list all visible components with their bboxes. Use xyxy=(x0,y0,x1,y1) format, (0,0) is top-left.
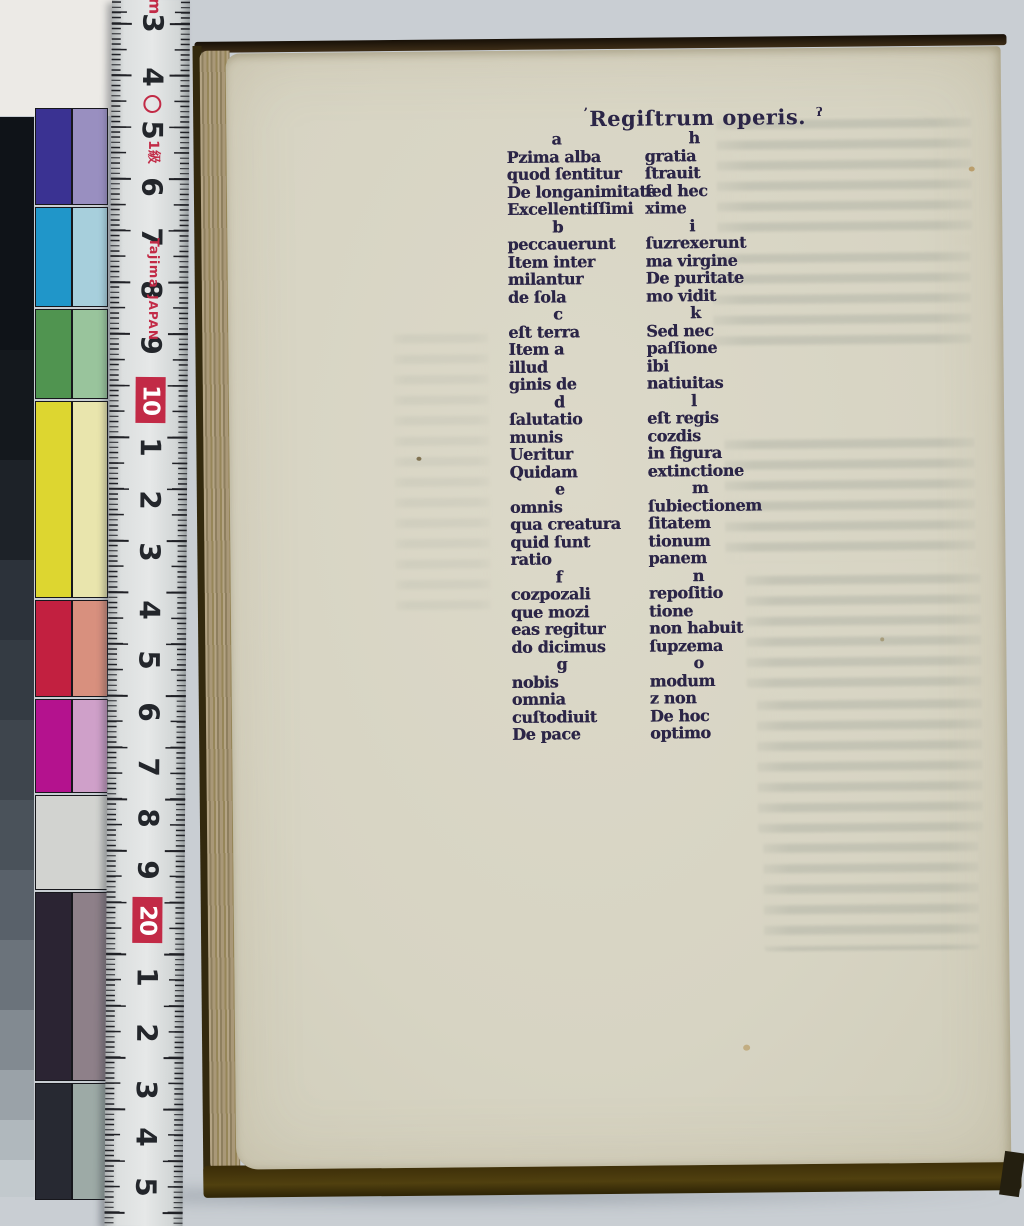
register-entry: extinctione xyxy=(648,461,808,480)
ruler-number: 1 xyxy=(133,437,166,457)
register-entry: ginis de xyxy=(509,374,669,393)
register-entry: tione xyxy=(649,601,809,620)
measuring-tape-ruler: 3456789101234567892012345 m1級TajimaJAPAN xyxy=(105,0,190,1226)
ruler-number: 5 xyxy=(135,120,168,140)
ruler-brand-mark: 1級 xyxy=(144,140,164,164)
register-entry: ſalutatio xyxy=(509,409,669,428)
section-letter: i xyxy=(689,216,805,235)
ruler-number: 7 xyxy=(131,757,164,777)
ruler-number: 5 xyxy=(132,650,165,670)
register-entry: do dicimus xyxy=(511,637,671,656)
ruler-number: 2 xyxy=(130,1023,163,1043)
register-entry: optimo xyxy=(650,723,810,742)
register-entry: xime xyxy=(645,198,805,217)
color-patch xyxy=(73,601,108,696)
grayscale-step xyxy=(0,1160,34,1197)
register-entry: ma virgine xyxy=(645,251,805,270)
color-patch-row xyxy=(35,699,108,793)
register-entry: illud xyxy=(509,357,669,376)
register-entry: quod ſentitur xyxy=(507,164,667,183)
ruler-number: 9 xyxy=(131,860,164,880)
register-entry: que mozi xyxy=(511,602,671,621)
register-entry: modum xyxy=(650,671,810,690)
grayscale-step xyxy=(0,940,34,1010)
color-patch-row xyxy=(35,108,108,205)
register-entry: cozpozali xyxy=(511,584,671,603)
register-entry: ſubiectionem xyxy=(648,496,808,515)
grayscale-step xyxy=(0,720,34,800)
register-entry: tionum xyxy=(648,531,808,550)
ruler-number: 3 xyxy=(133,542,166,562)
page-heading: ʼRegiſtrum operis.ʔ xyxy=(583,104,823,131)
register-entry: Pzima alba xyxy=(506,147,666,166)
register-entry: ſuzrexerunt xyxy=(645,233,805,252)
color-calibration-chart xyxy=(35,108,108,1200)
color-patch xyxy=(36,796,107,889)
ruler-number: 6 xyxy=(135,177,168,197)
register-entry: Item a xyxy=(508,339,668,358)
ruler-brand-mark: m xyxy=(145,0,164,14)
page-title: Regiſtrum operis. xyxy=(589,104,806,131)
register-entry: Sed nec xyxy=(646,321,806,340)
backing-sheet xyxy=(0,0,112,116)
book-scan-photo: 3456789101234567892012345 m1級TajimaJAPAN… xyxy=(0,0,1024,1226)
register-entry: De longanimitate xyxy=(507,182,667,201)
ruler-number: 4 xyxy=(129,1127,162,1147)
register-entry: ſtrauit xyxy=(645,163,805,182)
grayscale-step xyxy=(0,870,34,940)
register-entry: De hoc xyxy=(650,706,810,725)
register-entry: ſitatem xyxy=(648,513,808,532)
section-letter: k xyxy=(690,303,806,322)
color-patch xyxy=(73,1084,108,1199)
ruler-number: 3 xyxy=(136,13,169,33)
register-entry: gratia xyxy=(644,146,804,165)
grayscale-step xyxy=(0,350,34,460)
color-patch xyxy=(36,109,71,204)
ruler-cm-ticks-left xyxy=(105,0,132,1226)
grayscale-calibration-strip xyxy=(0,117,34,1197)
foxing-speck xyxy=(969,166,975,171)
register-entry: omnis xyxy=(510,497,670,516)
register-entry: quid ſunt xyxy=(510,532,670,551)
color-patch-row xyxy=(35,600,108,697)
register-entry: omnia xyxy=(512,689,672,708)
color-patch xyxy=(73,402,108,597)
tajima-logo-icon xyxy=(143,95,161,113)
register-entry: z non xyxy=(650,688,810,707)
register-entry: panem xyxy=(648,548,808,567)
register-entry: repoſitio xyxy=(649,583,809,602)
color-patch-row xyxy=(35,892,108,1081)
register-entry: Item inter xyxy=(508,252,668,271)
grayscale-step xyxy=(0,1010,34,1070)
color-patch-row xyxy=(35,795,108,890)
section-letter: l xyxy=(691,391,807,410)
grayscale-step xyxy=(0,800,34,870)
ruler-number-highlight: 20 xyxy=(132,897,162,943)
grayscale-step xyxy=(0,460,34,560)
bleedthrough-text xyxy=(763,834,979,951)
register-entry: in figura xyxy=(647,443,807,462)
register-entry: De puritate xyxy=(646,268,806,287)
book: ʼRegiſtrum operis.ʔ aPzima albaquod ſent… xyxy=(192,32,1021,1202)
register-entry: peccauerunt xyxy=(507,234,667,253)
color-patch xyxy=(36,208,71,306)
heading-lead-mark: ʼ xyxy=(583,106,588,121)
book-page: ʼRegiſtrum operis.ʔ aPzima albaquod ſent… xyxy=(226,46,1012,1169)
register-entry: Excellentiſſimi xyxy=(507,199,667,218)
register-entry: De pace xyxy=(512,724,672,743)
bleedthrough-text xyxy=(393,326,491,612)
color-patch xyxy=(73,893,108,1080)
register-entry: natiuitas xyxy=(647,373,807,392)
ruler-number: 4 xyxy=(136,67,169,87)
section-letter: h xyxy=(688,128,804,147)
register-entry: de ſola xyxy=(508,287,668,306)
grayscale-step xyxy=(0,560,34,640)
grayscale-step xyxy=(0,117,34,350)
grayscale-step xyxy=(0,640,34,720)
ruler-brand-mark: Tajima xyxy=(146,238,161,288)
section-letter: n xyxy=(693,566,809,585)
register-entry: eas regitur xyxy=(511,619,671,638)
register-entry: ibi xyxy=(647,356,807,375)
ruler-number: 2 xyxy=(133,490,166,510)
section-letter: o xyxy=(693,653,809,672)
ruler-brand-mark: JAPAN xyxy=(146,295,160,341)
register-entry: non habuit xyxy=(649,618,809,637)
ruler-number: 8 xyxy=(131,808,164,828)
register-entry: qua creatura xyxy=(510,514,670,533)
register-entry: ſed hec xyxy=(645,181,805,200)
register-entry: Quidam xyxy=(510,462,670,481)
color-patch-row xyxy=(35,1083,108,1200)
grayscale-step xyxy=(0,1070,34,1120)
color-patch xyxy=(73,109,108,204)
ruler-number: 4 xyxy=(132,600,165,620)
register-entry: eſt regis xyxy=(647,408,807,427)
color-patch xyxy=(36,310,71,398)
register-column-right: hgratiaſtrauitſed hecximeiſuzrexeruntma … xyxy=(644,128,810,742)
ruler-number-highlight: 10 xyxy=(135,377,165,423)
register-entry: cozdis xyxy=(647,426,807,445)
color-patch-row xyxy=(35,401,108,598)
color-patch xyxy=(36,1084,71,1199)
color-patch-row xyxy=(35,309,108,399)
color-patch-row xyxy=(35,207,108,307)
ruler-number: 5 xyxy=(129,1177,162,1197)
register-entry: eſt terra xyxy=(508,322,668,341)
color-patch xyxy=(73,700,108,792)
color-patch xyxy=(36,402,71,597)
register-entry: ratio xyxy=(510,549,670,568)
ruler-number: 3 xyxy=(129,1080,162,1100)
section-letter: m xyxy=(692,478,808,497)
grayscale-step xyxy=(0,1120,34,1160)
register-entry: Ueritur xyxy=(509,444,669,463)
register-entry: milantur xyxy=(508,269,668,288)
register-entry: ſupzema xyxy=(649,636,809,655)
ruler-number: 6 xyxy=(132,702,165,722)
color-patch xyxy=(36,601,71,696)
register-entry: mo vidit xyxy=(646,286,806,305)
heading-paraph-mark: ʔ xyxy=(816,105,823,119)
register-entry: cuſtodiuit xyxy=(512,707,672,726)
register-entry: nobis xyxy=(512,672,672,691)
foxing-speck xyxy=(416,457,421,461)
color-patch xyxy=(73,208,108,306)
ruler-number: 1 xyxy=(130,967,163,987)
color-patch xyxy=(36,893,71,1080)
foxing-speck xyxy=(880,637,884,641)
color-patch xyxy=(36,700,71,792)
register-entry: munis xyxy=(509,427,669,446)
color-patch xyxy=(73,310,108,398)
foxing-speck xyxy=(743,1045,750,1051)
register-entry: paſſione xyxy=(646,338,806,357)
